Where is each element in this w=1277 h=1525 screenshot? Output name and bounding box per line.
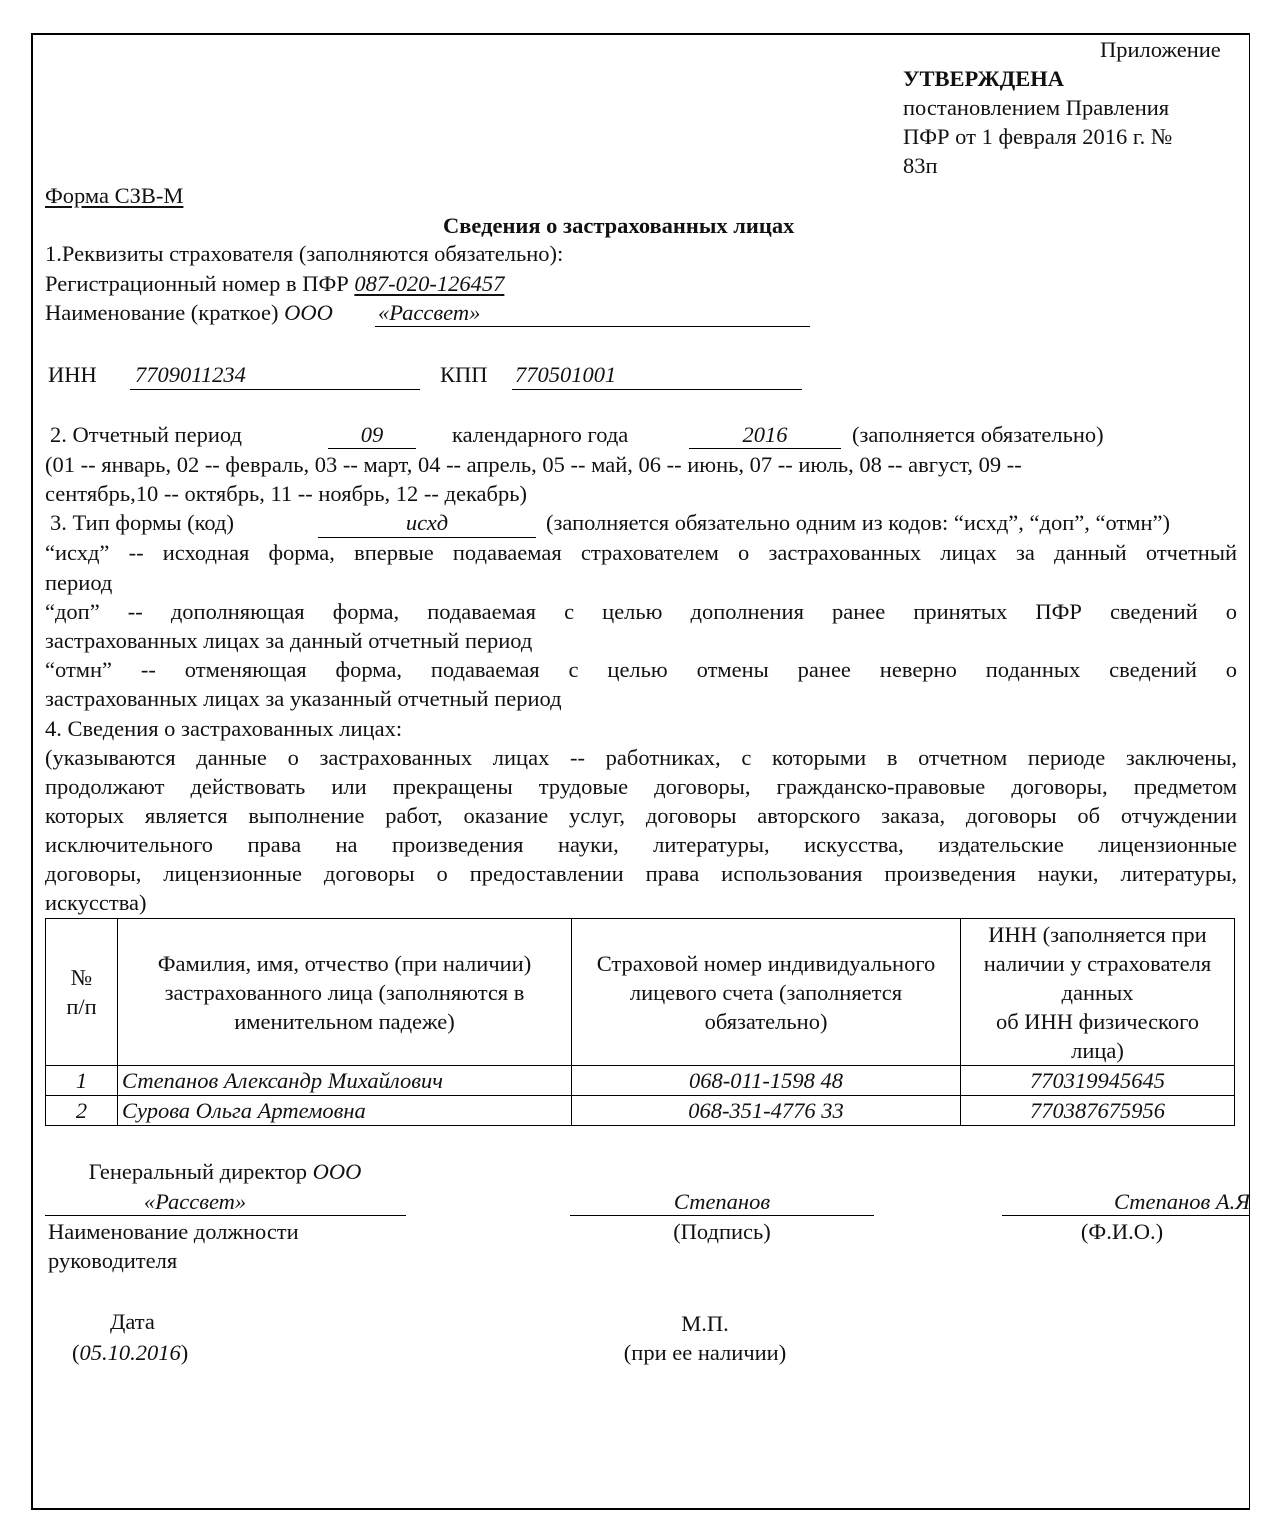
column-header-snils: Страховой номер индивидуального лицевого… (572, 919, 961, 1066)
signature-field[interactable]: Степанов (570, 1187, 874, 1216)
approved-by-line-2: ПФР от 1 февраля 2016 г. № (903, 122, 1172, 151)
position-org-name: «Рассвет» (0, 1187, 405, 1217)
fio-field[interactable]: Степанов А.Я (1002, 1187, 1250, 1216)
section4-desc-line-4: исключительного права на произведения на… (45, 830, 1237, 859)
org-name-row: Наименование (краткое) ООО (45, 298, 333, 327)
row-fio[interactable]: Степанов Александр Михайлович (118, 1066, 572, 1096)
form-name: Форма СЗВ-М (45, 181, 183, 210)
row-snils[interactable]: 068-011-1598 48 (572, 1066, 961, 1096)
reg-number-label: Регистрационный номер в ПФР (45, 271, 349, 296)
year-label: календарного года (452, 420, 628, 449)
section4-desc-line-1: (указываются данные о застрахованных лиц… (45, 743, 1237, 772)
row-num: 1 (46, 1066, 118, 1096)
table-header-row: № п/п Фамилия, имя, отчество (при наличи… (46, 919, 1235, 1066)
inn-label: ИНН (48, 360, 97, 389)
approved-by-line-3: 83п (903, 151, 938, 180)
form-type-label: 3. Тип формы (код) (50, 508, 234, 537)
row-fio[interactable]: Сурова Ольга Артемовна (118, 1096, 572, 1126)
appendix-label: Приложение (1100, 35, 1221, 64)
period-underline (328, 448, 416, 449)
year-underline (689, 448, 841, 449)
org-name-prefix: ООО (284, 300, 333, 325)
approved-by-line-1: постановлением Правления (903, 93, 1169, 122)
insured-persons-table: № п/п Фамилия, имя, отчество (при наличи… (45, 918, 1235, 1126)
period-label: 2. Отчетный период (50, 420, 242, 449)
year-required-note: (заполняется обязательно) (852, 420, 1104, 449)
section4-desc-line-2: продолжают действовать или прекращены тр… (45, 772, 1237, 801)
section1-heading: 1.Реквизиты страхователя (заполняются об… (45, 239, 563, 268)
date-value: 05.10.2016 (80, 1340, 181, 1365)
fio-underline (1002, 1215, 1250, 1216)
kpp-label: КПП (440, 360, 488, 389)
year-field[interactable]: 2016 (689, 420, 841, 449)
row-inn[interactable]: 770319945645 (961, 1066, 1235, 1096)
signature-caption: (Подпись) (570, 1217, 874, 1246)
code-otmn-line-1: “отмн” -- отменяющая форма, подаваемая с… (45, 655, 1237, 684)
org-name-label: Наименование (краткое) (45, 300, 279, 325)
row-num: 2 (46, 1096, 118, 1126)
reg-number-field[interactable]: 087-020-126457 (354, 271, 504, 296)
form-type-required-note: (заполняется обязательно одним из кодов:… (546, 508, 1170, 537)
kpp-field[interactable]: 770501001 (515, 360, 616, 389)
position-caption-line-2: руководителя (48, 1246, 177, 1275)
approved-label: УТВЕРЖДЕНА (903, 64, 1064, 93)
code-ishd-line-2: период (45, 568, 112, 597)
stamp-note: (при ее наличии) (560, 1338, 850, 1367)
position-org-prefix: ООО (313, 1159, 362, 1184)
code-otmn-line-2: застрахованных лицах за указанный отчетн… (45, 684, 562, 713)
signature-underline (570, 1215, 874, 1216)
period-field[interactable]: 09 (328, 420, 416, 449)
org-name-field[interactable]: «Рассвет» (378, 298, 480, 327)
section4-desc-line-6: искусства) (45, 888, 147, 917)
date-field[interactable]: (05.10.2016) (72, 1338, 188, 1367)
column-header-inn: ИНН (заполняется при наличии у страховат… (961, 919, 1235, 1066)
reg-number-row: Регистрационный номер в ПФР 087-020-1264… (45, 269, 504, 298)
position-caption-line-1: Наименование должности (48, 1217, 299, 1246)
row-snils[interactable]: 068-351-4776 33 (572, 1096, 961, 1126)
section4-desc-line-5: договоры, лицензионные договоры о предос… (45, 859, 1237, 888)
months-legend-line-2: сентябрь,10 -- октябрь, 11 -- ноябрь, 12… (45, 479, 527, 508)
code-dop-line-2: застрахованных лицах за данный отчетный … (45, 626, 532, 655)
position-underline (45, 1215, 406, 1216)
fio-caption: (Ф.И.О.) (1002, 1217, 1242, 1246)
column-header-fio: Фамилия, имя, отчество (при наличии) зас… (118, 919, 572, 1066)
page-title: Сведения о застрахованных лицах (443, 211, 794, 240)
form-type-field[interactable]: исхд (318, 508, 536, 537)
date-label: Дата (110, 1307, 155, 1336)
position-text: Генеральный директор (89, 1159, 307, 1184)
org-name-underline (375, 326, 810, 327)
section4-heading: 4. Сведения о застрахованных лицах: (45, 714, 402, 743)
row-inn[interactable]: 770387675956 (961, 1096, 1235, 1126)
table-row: 1 Степанов Александр Михайлович 068-011-… (46, 1066, 1235, 1096)
position-field[interactable]: Генеральный директор ООО «Рассвет» (45, 1157, 405, 1217)
stamp-label: М.П. (560, 1309, 850, 1338)
column-header-num: № п/п (46, 919, 118, 1066)
code-dop-line-1: “доп” -- дополняющая форма, подаваемая с… (45, 597, 1237, 626)
inn-underline (130, 389, 420, 390)
inn-field[interactable]: 7709011234 (135, 360, 246, 389)
months-legend-line-1: (01 -- январь, 02 -- февраль, 03 -- март… (45, 450, 1022, 479)
section4-desc-line-3: которых является выполнение работ, оказа… (45, 801, 1237, 830)
code-ishd-line-1: “исхд” -- исходная форма, впервые подава… (45, 538, 1237, 567)
table-row: 2 Сурова Ольга Артемовна 068-351-4776 33… (46, 1096, 1235, 1126)
kpp-underline (512, 389, 802, 390)
